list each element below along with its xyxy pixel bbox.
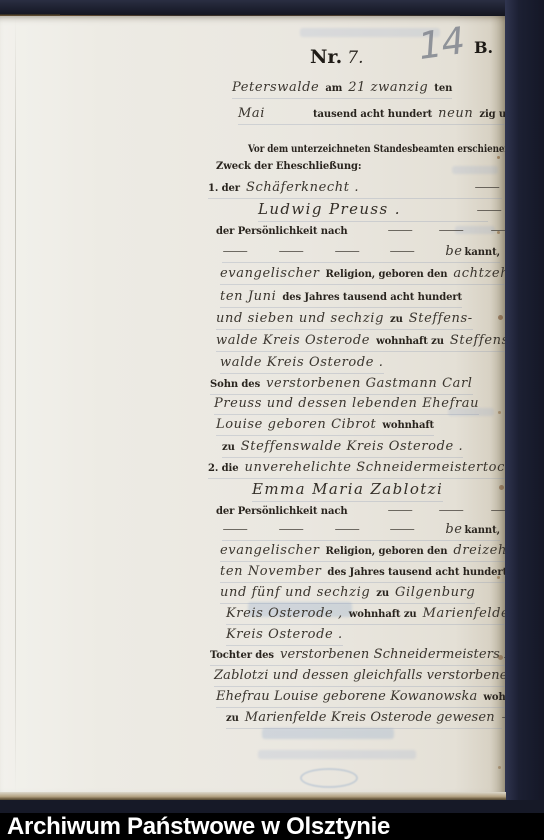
- handwritten-text: evangelischer: [220, 266, 320, 281]
- dash-stroke: —: [490, 503, 505, 517]
- form-line-groom-mother: Louise geboren Cibrot wohnhaft: [216, 417, 434, 436]
- printed-text: wohnhaft zu: [376, 336, 444, 347]
- form-line-bride-father: Tochter des verstorbenen Schneidermeiste…: [210, 647, 505, 666]
- handwritten-text: Kreis Osterode ,: [226, 606, 343, 621]
- corner-letter: B.: [474, 38, 493, 57]
- record-number: Nr. 7.: [310, 46, 363, 68]
- form-line-bride-residence: Kreis Osterode , wohnhaft zu Marienfelde: [226, 606, 505, 625]
- form-line-groom-religion: evangelischer Religion, geboren den acht…: [220, 266, 505, 285]
- record-number-label: Nr.: [310, 46, 342, 68]
- bleedthrough-signature: [258, 750, 416, 759]
- form-line-known: — — — — be kannt,: [222, 244, 500, 263]
- dash-stroke: — —: [474, 180, 505, 194]
- dash-stroke: —: [389, 522, 415, 536]
- dash-stroke: —: [222, 244, 248, 258]
- printed-text: der Persönlichkeit nach: [216, 226, 348, 237]
- form-line-bride-birthyear: und fünf und sechzig zu Gilgenburg: [220, 585, 475, 604]
- handwritten-text: walde Kreis Osterode: [216, 333, 370, 348]
- handwritten-text: Kreis Osterode .: [226, 627, 343, 642]
- form-line-groom-parents: Preuss und dessen lebenden Ehefrau: [214, 396, 479, 415]
- handwritten-text: be: [445, 244, 462, 259]
- handwritten-text: Zablotzi und dessen gleichfalls verstorb…: [214, 668, 505, 683]
- handwritten-text: walde Kreis Osterode .: [220, 355, 384, 370]
- printed-text: Vor dem unterzeichneten Standesbeamten e…: [248, 144, 505, 155]
- form-line-groom-residence: walde Kreis Osterode wohnhaft zu Steffen…: [216, 333, 505, 352]
- printed-text: wohnhaft: [483, 692, 505, 703]
- dash-stroke: —: [278, 244, 304, 258]
- handwritten-text: Steffenswalde Kreis Osterode .: [241, 439, 464, 454]
- document-page: 14 B. Nr. 7. Peterswalde am 21 zwanzig t…: [0, 16, 505, 795]
- printed-text: am: [325, 83, 342, 94]
- dash-stroke: —: [334, 522, 360, 536]
- dash-stroke: —: [438, 503, 464, 517]
- printed-text: Religion, geboren den: [326, 546, 448, 557]
- form-line-identity: der Persönlichkeit nach — — —: [216, 223, 502, 237]
- printed-text: zu: [222, 442, 235, 453]
- dash-stroke: —: [334, 244, 360, 258]
- printed-text: wohnhaft: [382, 420, 434, 431]
- form-line-bride-parents: Zablotzi und dessen gleichfalls verstorb…: [214, 668, 505, 687]
- word-bekannt: be kannt,: [445, 244, 500, 259]
- handwritten-text: Ehefrau Louise geborene Kowanowska: [216, 689, 477, 704]
- form-line-preamble: Vor dem unterzeichneten Standesbeamten e…: [248, 144, 505, 155]
- handwritten-text: Mai: [238, 106, 265, 121]
- printed-text: des Jahres tausend acht hundert: [282, 292, 462, 303]
- handwritten-text: Ludwig Preuss .: [258, 200, 401, 218]
- form-line-parents-residence: zu Steffenswalde Kreis Osterode .: [222, 439, 463, 458]
- form-line-bride-parents-residence: zu Marienfelde Kreis Osterode gewesen —: [226, 710, 502, 729]
- printed-text: zu: [226, 713, 239, 724]
- foxing-spots: [497, 156, 500, 159]
- printed-text: zig und: [479, 109, 505, 120]
- form-line-bride-birthdate: ten November des Jahres tausend acht hun…: [220, 564, 505, 583]
- book-cover-right: [505, 0, 544, 840]
- handwritten-text: Marienfelde: [423, 606, 505, 621]
- handwritten-text: evangelischer: [220, 543, 320, 558]
- form-line-groom-father: Sohn des verstorbenen Gastmann Carl: [210, 376, 473, 395]
- handwritten-text: ten November: [220, 564, 321, 579]
- handwritten-text: Steffens-: [450, 333, 505, 348]
- dash-stroke: —: [501, 710, 505, 724]
- printed-text: tausend acht hundert: [313, 109, 432, 120]
- dash-stroke: —: [387, 223, 413, 237]
- handwritten-text: verstorbenen Schneidermeisters Friedrich: [280, 647, 505, 662]
- printed-text: zu: [376, 588, 389, 599]
- printed-text: zu: [390, 314, 403, 325]
- printed-text: der Persönlichkeit nach: [216, 506, 348, 517]
- printed-text: Sohn des: [210, 379, 260, 390]
- printed-text: kannt,: [465, 525, 500, 536]
- form-line-year: Mai tausend acht hundert neun zig und fü…: [238, 106, 505, 125]
- handwritten-text: Schäferknecht .: [246, 180, 359, 195]
- word-bekannt: be kannt,: [445, 522, 500, 537]
- dash-stroke: —: [387, 503, 413, 517]
- book-cover-top: [0, 0, 544, 16]
- handwritten-text: ten Juni: [220, 289, 276, 304]
- archive-watermark-bar: Archiwum Państwowe w Olsztynie: [0, 813, 544, 840]
- form-line-groom-birthdate: ten Juni des Jahres tausend acht hundert: [220, 289, 462, 308]
- dash-stroke: —: [490, 223, 505, 237]
- handwritten-text: dreizehn-: [453, 543, 505, 558]
- bleedthrough-stamp-text: [262, 728, 394, 739]
- printed-text: Zweck der Eheschließung:: [216, 161, 362, 172]
- form-line-known: — — — — be kannt,: [222, 522, 500, 541]
- record-number-value: 7.: [347, 48, 363, 68]
- form-line-bride-status: 2. die unverehelichte Schneidermeisterto…: [208, 460, 505, 479]
- handwritten-text: Emma Maria Zablotzi: [252, 480, 443, 498]
- handwritten-text: 21 zwanzig: [348, 80, 428, 95]
- dash-stroke: —: [438, 223, 464, 237]
- printed-text: Tochter des: [210, 650, 274, 661]
- form-line-groom-name: Ludwig Preuss . —: [258, 200, 488, 222]
- form-line-groom-occupation: 1. der Schäferknecht . — —: [208, 180, 502, 199]
- printed-text: 1. der: [208, 183, 240, 194]
- handwritten-text: achtzehn-: [453, 266, 505, 281]
- handwritten-text: und sieben und sechzig: [216, 311, 384, 326]
- form-line-bride-mother: Ehefrau Louise geborene Kowanowska wohnh…: [216, 689, 505, 708]
- dash-stroke: —: [278, 522, 304, 536]
- dash-stroke: —: [476, 203, 502, 217]
- form-line-groom-residence2: walde Kreis Osterode .: [220, 355, 384, 374]
- form-line-bride-name: Emma Maria Zablotzi: [252, 480, 443, 502]
- printed-text: Religion, geboren den: [326, 269, 448, 280]
- handwritten-text: Preuss und dessen lebenden Ehefrau: [214, 396, 479, 411]
- dash-stroke: —: [222, 522, 248, 536]
- handwritten-text: be: [445, 522, 462, 537]
- form-line-place-date: Peterswalde am 21 zwanzig ten: [232, 80, 452, 99]
- handwritten-text: unverehelichte Schneidermeistertochter: [244, 460, 505, 475]
- form-line-groom-birthyear: und sieben und sechzig zu Steffens-: [216, 311, 473, 330]
- handwritten-text: Marienfelde Kreis Osterode gewesen: [245, 710, 495, 725]
- handwritten-text: neun: [438, 106, 473, 121]
- archive-name: Archiwum Państwowe w Olsztynie: [0, 813, 390, 840]
- pencil-folio-number: 14: [417, 18, 467, 68]
- bleedthrough-mark: [452, 166, 498, 174]
- printed-text: 2. die: [208, 463, 238, 474]
- printed-text: des Jahres tausend acht hundert: [327, 567, 505, 578]
- handwritten-text: und fünf und sechzig: [220, 585, 370, 600]
- printed-text: kannt,: [465, 247, 500, 258]
- printed-text: ten: [434, 83, 452, 94]
- handwritten-text: Steffens-: [409, 311, 473, 326]
- form-line-identity: der Persönlichkeit nach — — —: [216, 503, 502, 517]
- page-fold-line: [15, 16, 16, 795]
- handwritten-text: Gilgenburg: [395, 585, 475, 600]
- handwritten-text: Peterswalde: [232, 80, 319, 95]
- printed-text: wohnhaft zu: [349, 609, 417, 620]
- form-line-bride-residence2: Kreis Osterode .: [226, 627, 343, 646]
- handwritten-text: Louise geboren Cibrot: [216, 417, 376, 432]
- form-line-preamble: Zweck der Eheschließung:: [216, 161, 362, 172]
- handwritten-text: verstorbenen Gastmann Carl: [266, 376, 472, 391]
- form-line-bride-religion: evangelischer Religion, geboren den drei…: [220, 543, 505, 562]
- bleedthrough-seal-oval: [300, 768, 358, 788]
- dash-stroke: —: [389, 244, 415, 258]
